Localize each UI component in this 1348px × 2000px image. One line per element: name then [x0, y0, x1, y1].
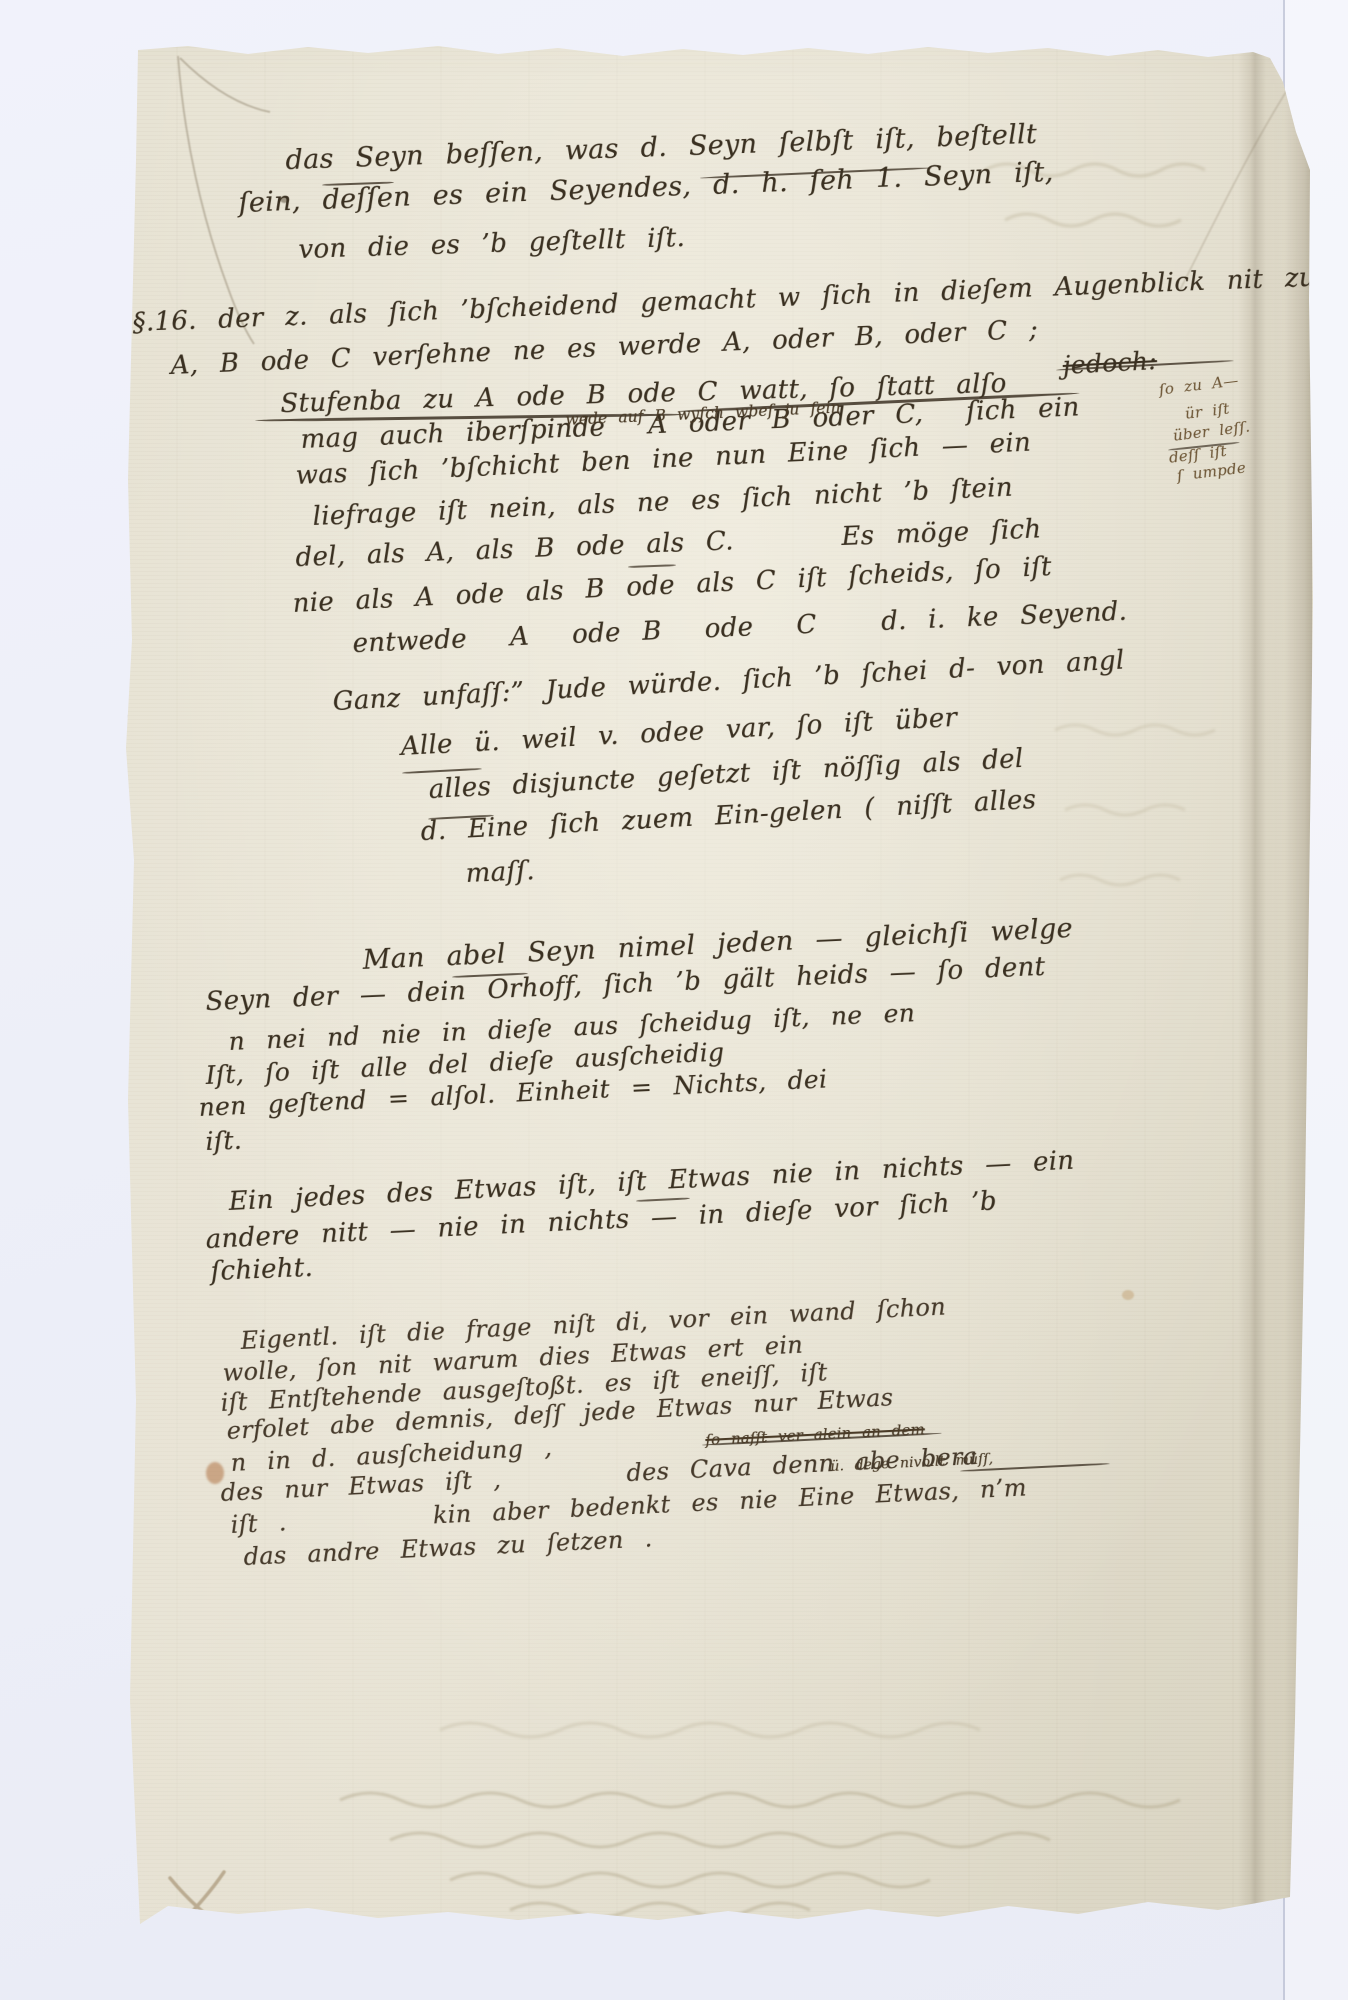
handwritten-line: ſo naſſt ver alein an dem [705, 1421, 925, 1449]
bleedthrough-text [430, 1700, 1080, 1760]
handwritten-line: ſchieht. [210, 1254, 314, 1287]
handwritten-line: von die es ’b geſtellt iſt. [298, 224, 685, 265]
edge-numeral: 5 [118, 706, 131, 724]
margin-note-line: ſo zu A— [1158, 372, 1239, 398]
manuscript-scan: das Seyn beſſen, was d. Seyn ſelbſt iſt,… [0, 0, 1348, 2000]
paper-sheet: das Seyn beſſen, was d. Seyn ſelbſt iſt,… [0, 0, 1348, 2000]
tan-spot [1122, 1290, 1134, 1300]
corner-x-mark [158, 1864, 244, 1950]
bleedthrough-text [330, 1770, 1260, 1930]
handwritten-line: Ganz unfaſſ:” Jude würde. ſich ’b ſchei … [332, 647, 1125, 718]
bleedthrough-text [1045, 690, 1235, 910]
handwritten-line: iſt. [205, 1127, 242, 1156]
handwritten-line: maſſ. [465, 857, 535, 889]
margin-note-line: ür iſt [1184, 401, 1230, 423]
ink-stroke-mark [628, 564, 676, 568]
handwritten-line: jedoch: [1062, 347, 1158, 380]
